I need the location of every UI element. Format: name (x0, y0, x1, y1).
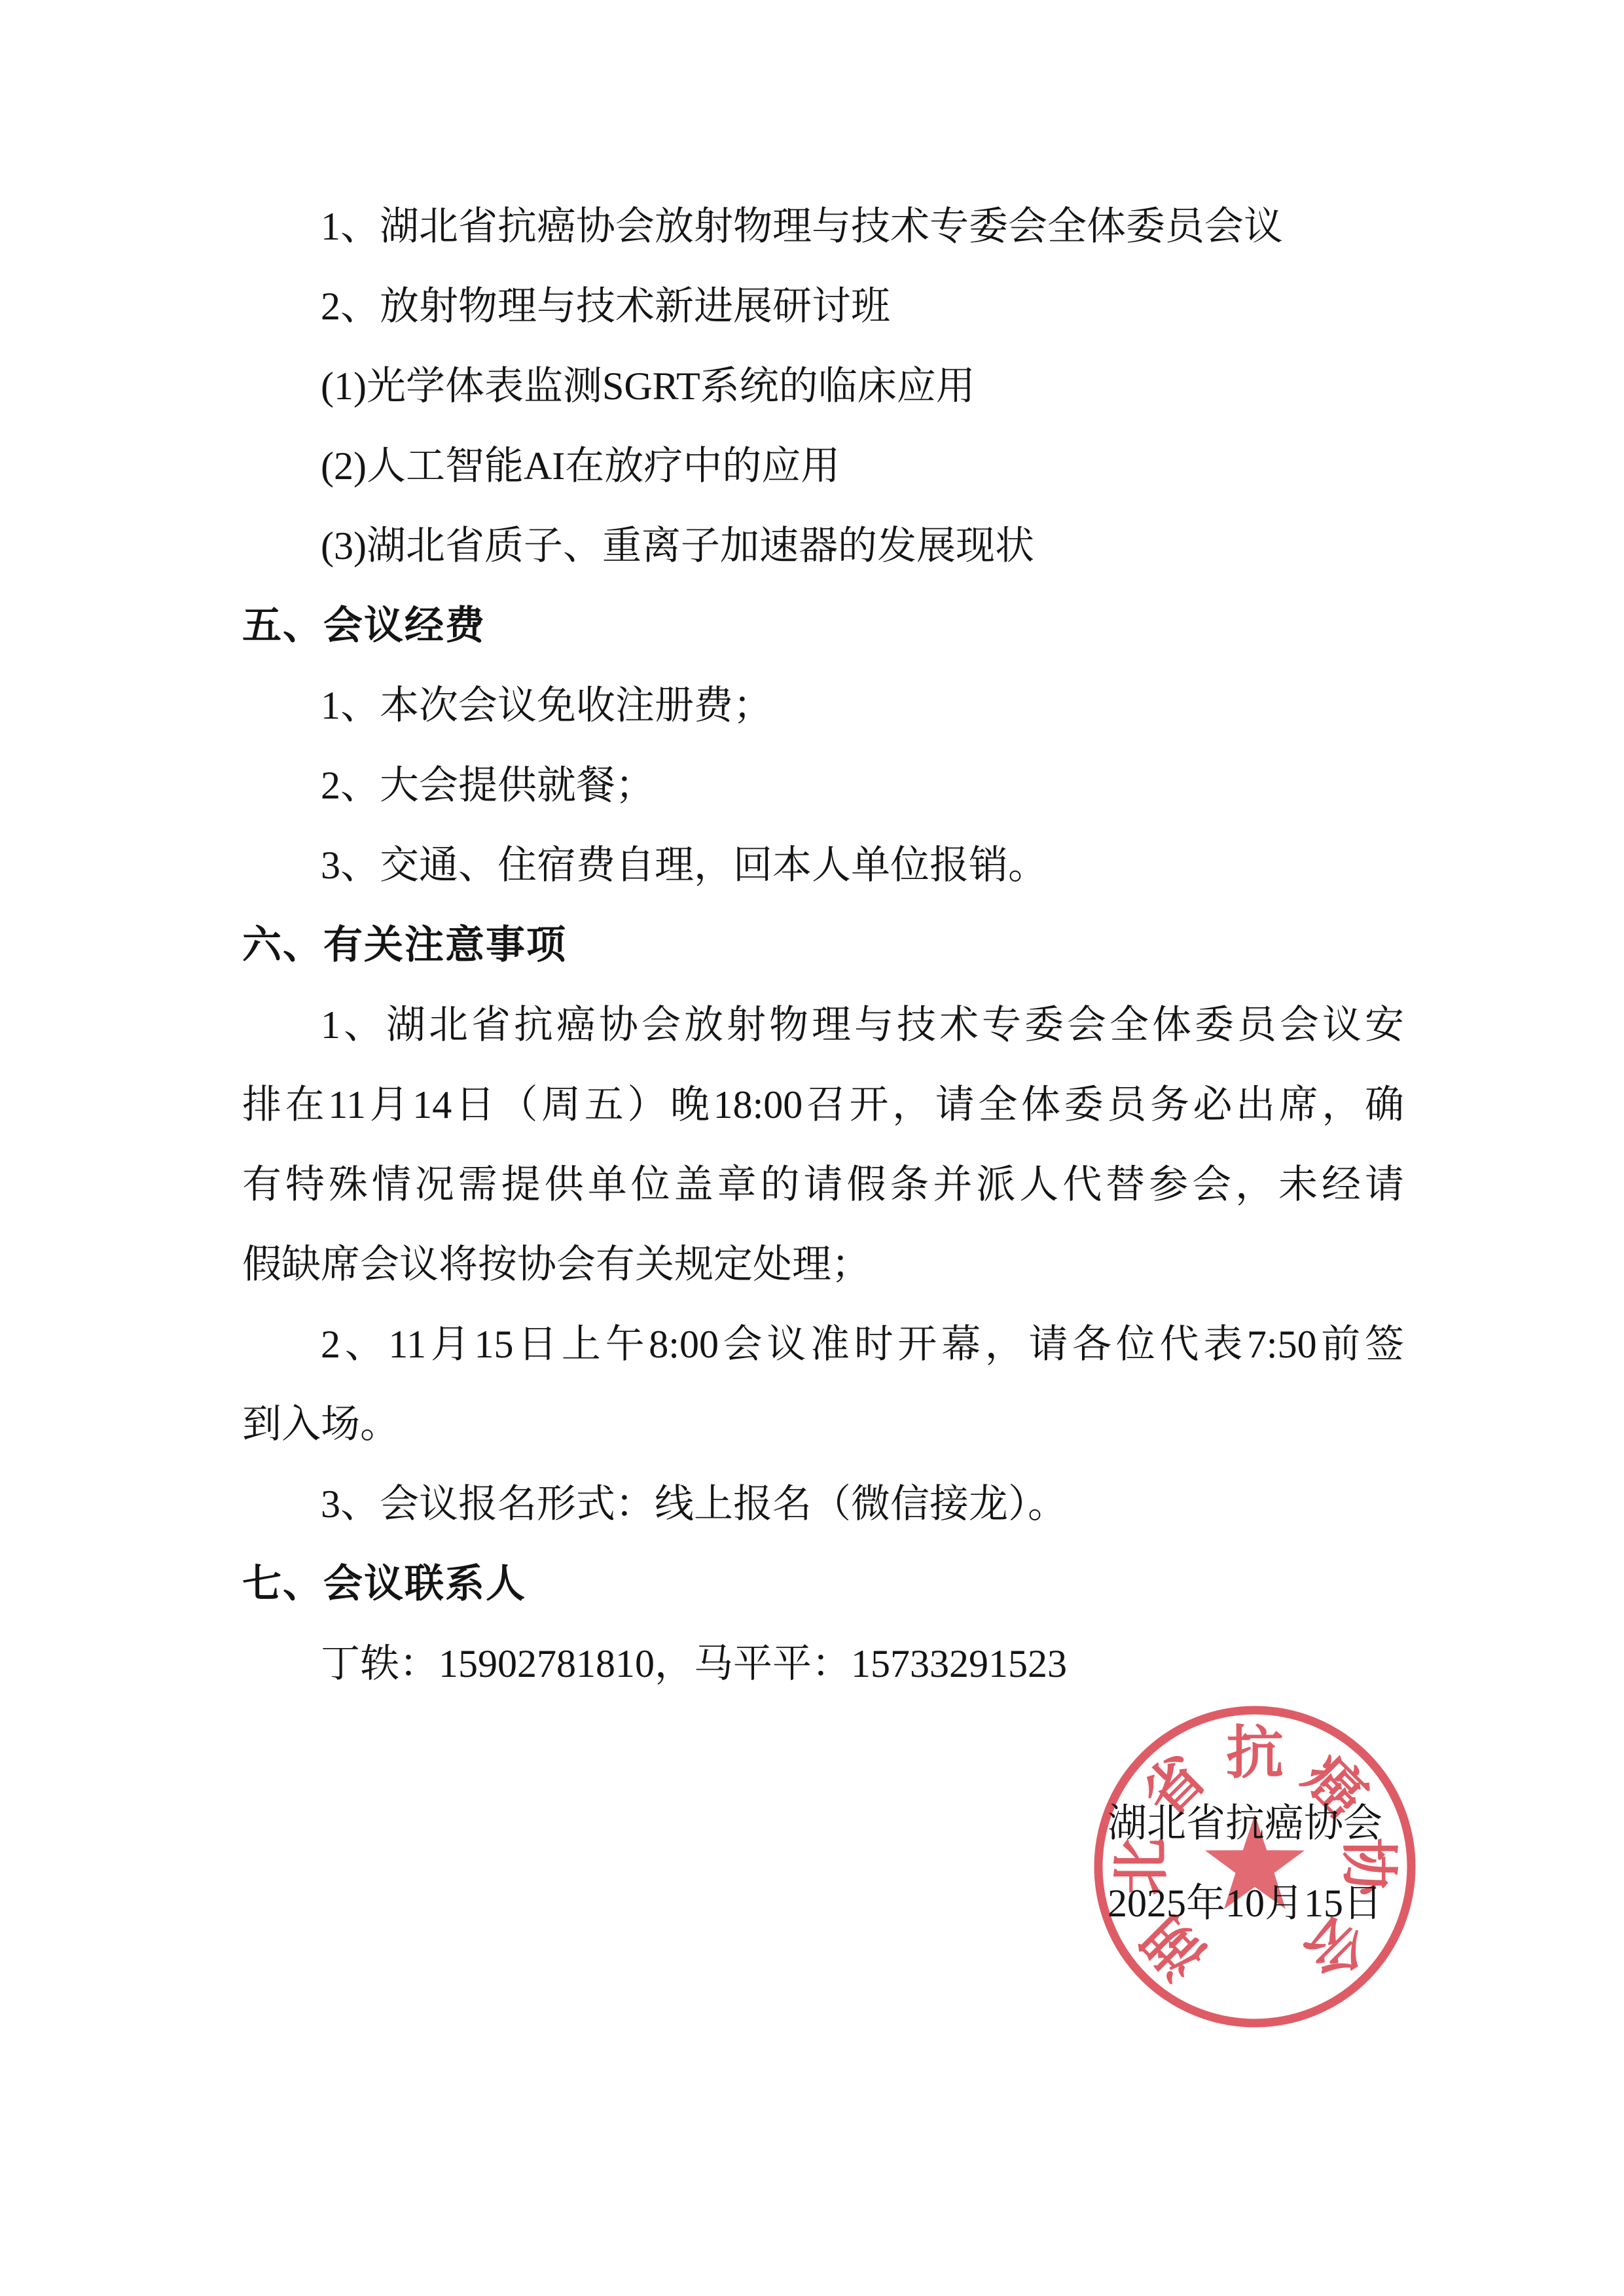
section-heading: 五、会议经费 (242, 586, 1404, 666)
blank-line (242, 1704, 1404, 1784)
paragraph-line: 假缺席会议将按协会有关规定处理； (242, 1225, 1404, 1304)
contact-line: 丁轶：15902781810，马平平：15733291523 (242, 1624, 1404, 1704)
list-item: 1、湖北省抗癌协会放射物理与技术专委会全体委员会议 (242, 187, 1404, 266)
paragraph-line: 2、11月15日上午8:00会议准时开幕，请各位代表7:50前签 (242, 1304, 1404, 1384)
list-item: 3、交通、住宿费自理，回本人单位报销。 (242, 825, 1404, 905)
list-item: (1)光学体表监测SGRT系统的临床应用 (242, 346, 1404, 426)
signature-org: 湖北省抗癌协会 (242, 1784, 1404, 1863)
document-body: 1、湖北省抗癌协会放射物理与技术专委会全体委员会议 2、放射物理与技术新进展研讨… (0, 0, 1624, 2296)
paragraph: 2、11月15日上午8:00会议准时开幕，请各位代表7:50前签 到入场。 (242, 1304, 1404, 1464)
signature-date: 2025年10月15日 (242, 1863, 1404, 1943)
paragraph-line: 有特殊情况需提供单位盖章的请假条并派人代替参会，未经请 (242, 1145, 1404, 1225)
list-item: 2、放射物理与技术新进展研讨班 (242, 266, 1404, 346)
paragraph-line: 到入场。 (242, 1384, 1404, 1464)
paragraph: 1、湖北省抗癌协会放射物理与技术专委会全体委员会议安 排在11月14日（周五）晚… (242, 985, 1404, 1304)
list-item: (2)人工智能AI在放疗中的应用 (242, 426, 1404, 506)
document-page: 湖 北 省 抗 癌 协 会 1、湖北省抗癌协会放射物理与技术专委会全体委员会议 … (0, 0, 1624, 2296)
list-item: 2、大会提供就餐； (242, 745, 1404, 825)
list-item: 3、会议报名形式：线上报名（微信接龙）。 (242, 1464, 1404, 1544)
paragraph-line: 排在11月14日（周五）晚18:00召开，请全体委员务必出席，确 (242, 1065, 1404, 1145)
section-heading: 七、会议联系人 (242, 1544, 1404, 1624)
section-heading: 六、有关注意事项 (242, 905, 1404, 985)
paragraph-line: 1、湖北省抗癌协会放射物理与技术专委会全体委员会议安 (242, 985, 1404, 1065)
list-item: (3)湖北省质子、重离子加速器的发展现状 (242, 506, 1404, 586)
list-item: 1、本次会议免收注册费； (242, 666, 1404, 745)
